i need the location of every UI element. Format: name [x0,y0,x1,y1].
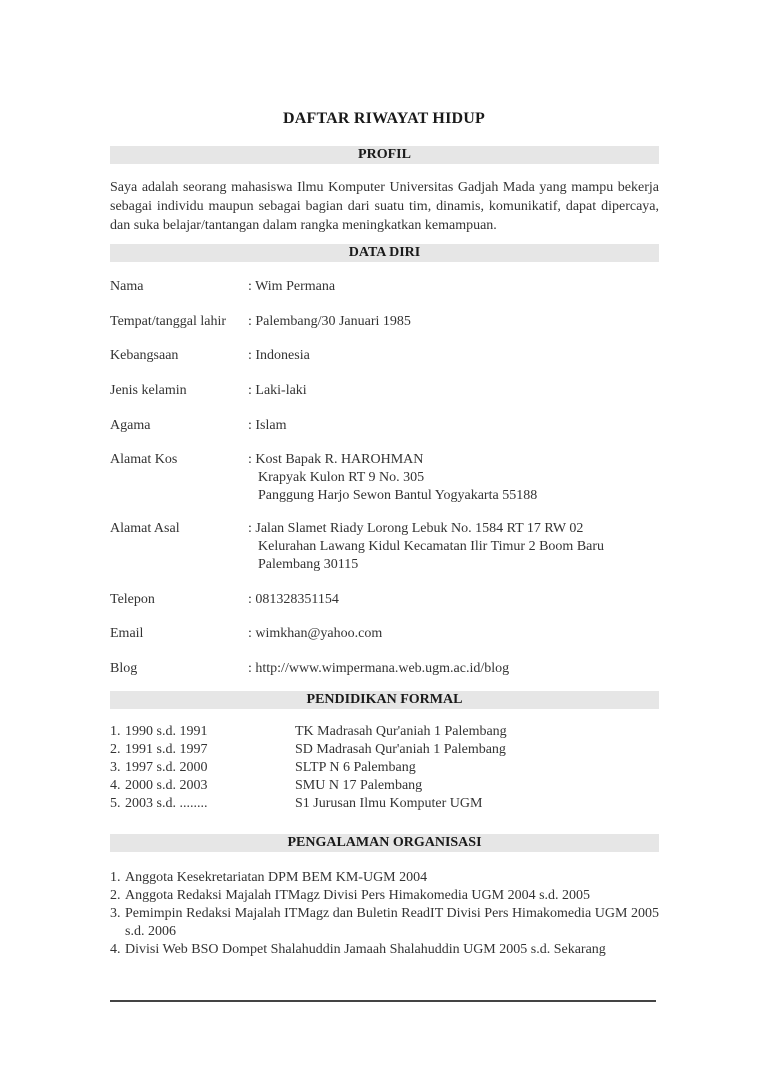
field-value: : 081328351154 [248,591,339,609]
field-label: Email [110,625,143,643]
education-school: SLTP N 6 Palembang [295,759,416,777]
field-value: : Wim Permana [248,278,335,296]
education-period: 1991 s.d. 1997 [125,741,207,759]
profil-text: Saya adalah seorang mahasiswa Ilmu Kompu… [110,178,659,235]
field-label: Tempat/tanggal lahir [110,313,226,331]
education-school: TK Madrasah Qur'aniah 1 Palembang [295,723,507,741]
organization-list: 1. Anggota Kesekretariatan DPM BEM KM-UG… [110,869,659,959]
section-heading-pengalaman-organisasi: PENGALAMAN ORGANISASI [110,834,659,852]
field-value: : Indonesia [248,347,310,365]
field-value: : Palembang/30 Januari 1985 [248,313,411,331]
organization-item: 1. Anggota Kesekretariatan DPM BEM KM-UG… [110,869,659,887]
field-value: : Jalan Slamet Riady Lorong Lebuk No. 15… [248,520,604,574]
education-period: 2000 s.d. 2003 [125,777,207,795]
education-item: 4. 2000 s.d. 2003 SMU N 17 Palembang [110,777,659,795]
document-title: DAFTAR RIWAYAT HIDUP [0,110,768,128]
field-value: : Laki-laki [248,382,307,400]
education-period: 2003 s.d. ........ [125,795,207,813]
field-label: Telepon [110,591,155,609]
education-list: 1. 1990 s.d. 1991 TK Madrasah Qur'aniah … [110,723,659,813]
field-value: : http://www.wimpermana.web.ugm.ac.id/bl… [248,660,509,678]
section-heading-profil: PROFIL [110,146,659,164]
field-label: Blog [110,660,137,678]
field-label: Alamat Asal [110,520,180,538]
education-item: 3. 1997 s.d. 2000 SLTP N 6 Palembang [110,759,659,777]
field-value: : Islam [248,417,287,435]
education-item: 1. 1990 s.d. 1991 TK Madrasah Qur'aniah … [110,723,659,741]
education-item: 5. 2003 s.d. ........ S1 Jurusan Ilmu Ko… [110,795,659,813]
organization-item: 3. Pemimpin Redaksi Majalah ITMagz dan B… [110,905,659,941]
education-school: SMU N 17 Palembang [295,777,422,795]
section-heading-pendidikan-formal: PENDIDIKAN FORMAL [110,691,659,709]
section-heading-data-diri: DATA DIRI [110,244,659,262]
education-period: 1997 s.d. 2000 [125,759,207,777]
field-label: Kebangsaan [110,347,178,365]
field-label: Jenis kelamin [110,382,187,400]
education-period: 1990 s.d. 1991 [125,723,207,741]
field-label: Nama [110,278,143,296]
education-school: S1 Jurusan Ilmu Komputer UGM [295,795,482,813]
field-value: : Kost Bapak R. HAROHMAN Krapyak Kulon R… [248,451,537,505]
field-value: : wimkhan@yahoo.com [248,625,382,643]
field-label: Agama [110,417,150,435]
organization-item: 2. Anggota Redaksi Majalah ITMagz Divisi… [110,887,659,905]
organization-item: 4. Divisi Web BSO Dompet Shalahuddin Jam… [110,941,659,959]
education-item: 2. 1991 s.d. 1997 SD Madrasah Qur'aniah … [110,741,659,759]
education-school: SD Madrasah Qur'aniah 1 Palembang [295,741,506,759]
footer-divider [110,1000,656,1002]
field-label: Alamat Kos [110,451,177,469]
